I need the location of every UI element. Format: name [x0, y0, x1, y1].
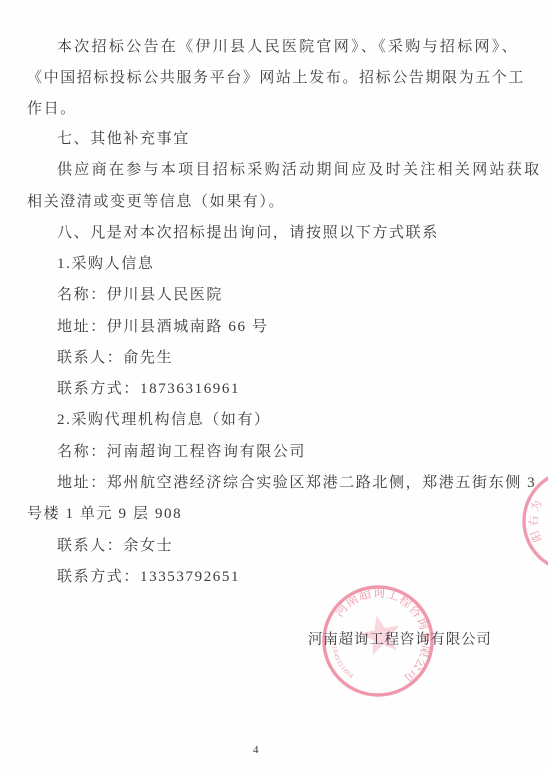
- document-line: 《中国招标投标公共服务平台》网站上发布。招标公告期限为五个工: [27, 70, 525, 87]
- document-line: 作日。: [27, 101, 77, 118]
- agency-name-line: 名称：河南超询工程咨询有限公司: [57, 444, 306, 461]
- subsection-heading: 1.采购人信息: [57, 256, 154, 273]
- agency-address-line: 号楼 1 单元 9 层 908: [27, 506, 182, 523]
- agency-contact-line: 联系人：余女士: [57, 538, 173, 555]
- seal-star-icon: [360, 616, 399, 656]
- agency-address-line: 地址：郑州航空港经济综合实验区郑港二路北侧，郑港五街东侧 3: [57, 475, 536, 492]
- page-number: 4: [253, 744, 259, 756]
- agency-phone-line: 联系方式：13353792651: [57, 569, 240, 586]
- company-seal-stamp: 河南超询工程咨询有限公司 *1049321804: [308, 572, 444, 708]
- edge-seal-char: 右: [527, 516, 540, 527]
- buyer-phone-line: 联系方式：18736316961: [57, 381, 240, 398]
- section-heading: 七、其他补充事宜: [57, 131, 190, 148]
- document-page: 本次招标公告在《伊川县人民医院官网》、《采购与招标网》、 《中国招标投标公共服务…: [0, 0, 548, 772]
- document-line: 本次招标公告在《伊川县人民医院官网》、《采购与招标网》、: [57, 39, 519, 56]
- buyer-address-line: 地址：伊川县酒城南路 66 号: [57, 319, 269, 336]
- subsection-heading: 2.采购代理机构信息（如有）: [57, 412, 271, 429]
- buyer-contact-line: 联系人：俞先生: [57, 350, 173, 367]
- document-line: 相关澄清或变更等信息（如果有）。: [27, 194, 285, 211]
- edge-seal-stamp: 为 右 阳: [514, 466, 548, 578]
- edge-seal-char: 阳: [528, 529, 544, 544]
- buyer-name-line: 名称：伊川县人民医院: [57, 287, 223, 304]
- document-line: 供应商在参与本项目招标采购活动期间应及时关注相关网站获取: [57, 162, 541, 179]
- section-heading: 八、凡是对本次招标提出询问，请按照以下方式联系: [57, 225, 439, 242]
